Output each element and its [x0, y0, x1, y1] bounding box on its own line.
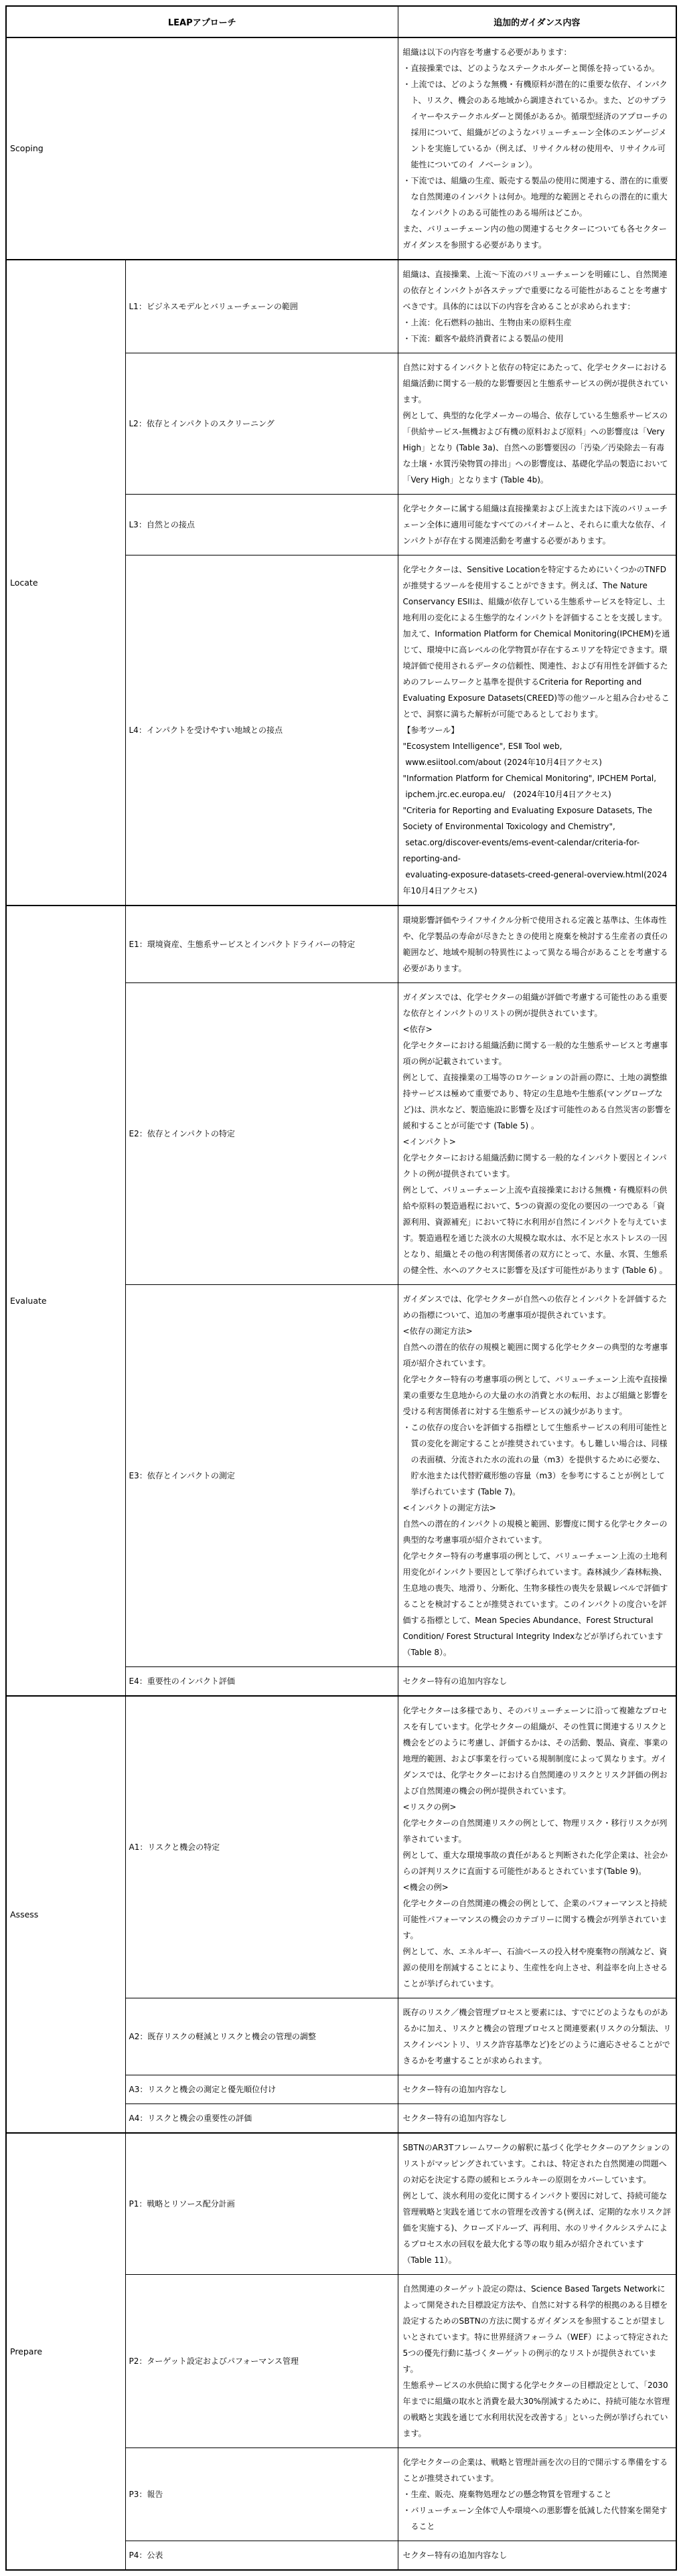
guidance-cell-e3: ガイダンスでは、化学セクターが自然への依存とインパクトを評価するための指標につい…	[398, 1285, 676, 1667]
step-label-l1: L1：ビジネスモデルとバリューチェーンの範囲	[125, 260, 398, 353]
guidance-paragraph: 化学セクター特有の考慮事項の例として、バリューチェーン上流の土地利用変化がインパ…	[403, 1548, 672, 1660]
guidance-paragraph: 例として、バリューチェーン上流や直接操業における無機・有機原料の供給や原料の製造…	[403, 1182, 672, 1278]
guidance-paragraph: 化学セクターにおける組織活動に関する一般的な生態系サービスと考慮事項の例が記載さ…	[403, 1037, 672, 1069]
phase-cell-locate: Locate	[6, 260, 125, 906]
guidance-paragraph: 例として、水、エネルギー、石油ベースの投入材や廃棄物の削減など、資源の使用を削減…	[403, 1944, 672, 1992]
step-label-l4: L4：インパクトを受けやすい地域との接点	[125, 555, 398, 906]
guidance-paragraph: セクター特有の追加内容なし	[403, 2547, 672, 2563]
guidance-paragraph: 化学セクターの自然関連の機会の例として、企業のパフォーマンスと持続可能性パフォー…	[403, 1895, 672, 1944]
guidance-cell-a4: セクター特有の追加内容なし	[398, 2104, 676, 2134]
step-label-e4: E4：重要性のインパクト評価	[125, 1667, 398, 1697]
guidance-paragraph: 自然に対するインパクトと依存の特定にあたって、化学セクターにおける組織活動に関す…	[403, 359, 672, 408]
guidance-paragraph: ・上流では、どのような無機・有機原料が潜在的に重要な依存、インパクト、リスク、機…	[403, 76, 672, 173]
guidance-paragraph: <インパクト>	[403, 1134, 672, 1150]
guidance-paragraph: 化学セクターは、Sensitive Locationを特定するためにいくつかのT…	[403, 562, 672, 722]
guidance-paragraph: 化学セクターにおける組織活動に関する一般的なインパクト要因とインパクトの例が提供…	[403, 1150, 672, 1182]
phase-cell-prepare: Prepare	[6, 2133, 125, 2570]
table-row: Assess A1：リスクと機会の特定 化学セクターは多様であり、そのバリューチ…	[6, 1696, 676, 1998]
step-label-e2: E2：依存とインパクトの特定	[125, 983, 398, 1285]
guidance-cell-e2: ガイダンスでは、化学セクターの組織が評価で考慮する可能性のある重要な依存とインパ…	[398, 983, 676, 1285]
guidance-paragraph: 生態系サービスの水供給に関する化学セクターの目標設定として、「2030年までに組…	[403, 2377, 672, 2441]
guidance-paragraph: <インパクトの測定方法>	[403, 1500, 672, 1516]
guidance-paragraph: "Information Platform for Chemical Monit…	[403, 770, 672, 786]
guidance-cell-p3: 化学セクターの企業は、戦略と管理計画を次の目的で開示する準備をすることが推奨され…	[398, 2448, 676, 2541]
phase-cell-assess: Assess	[6, 1696, 125, 2133]
step-label-a1: A1：リスクと機会の特定	[125, 1696, 398, 1998]
guidance-paragraph: ・バリューチェーン全体で人や環境への悪影響を低減した代替案を開発すること	[403, 2502, 672, 2535]
guidance-paragraph: セクター特有の追加内容なし	[403, 2081, 672, 2097]
guidance-cell-a1: 化学セクターは多様であり、そのバリューチェーンに沿って複雑なプロセスを有していま…	[398, 1696, 676, 1998]
table-row: Prepare P1：戦略とリソース配分計画 SBTNのAR3Tフレームワークの…	[6, 2133, 676, 2275]
guidance-paragraph: セクター特有の追加内容なし	[403, 1673, 672, 1689]
guidance-cell-a3: セクター特有の追加内容なし	[398, 2075, 676, 2104]
guidance-paragraph: 自然への潜在的インパクトの規模と範囲、影響度に関する化学セクターの典型的な考慮事…	[403, 1516, 672, 1548]
guidance-paragraph: <依存の測定方法>	[403, 1323, 672, 1339]
guidance-paragraph: 例として、典型的な化学メーカーの場合、依存している生態系サービスの「供給サービス…	[403, 408, 672, 488]
header-row: LEAPアプローチ 追加的ガイダンス内容	[6, 6, 676, 37]
guidance-cell-l4: 化学セクターは、Sensitive Locationを特定するためにいくつかのT…	[398, 555, 676, 906]
step-label-e1: E1：環境資産、生態系サービスとインパクトドライバーの特定	[125, 906, 398, 983]
guidance-paragraph: evaluating-exposure-datasets-creed-gener…	[403, 867, 672, 899]
guidance-paragraph: 例として、重大な環境事故の責任があると判断された化学企業は、社会からの評判リスク…	[403, 1847, 672, 1879]
guidance-paragraph: "Criteria for Reporting and Evaluating E…	[403, 802, 672, 835]
guidance-paragraph: <機会の例>	[403, 1879, 672, 1895]
guidance-paragraph: 化学セクター特有の考慮事項の例として、バリューチェーン上流や直接操業の重要な生息…	[403, 1371, 672, 1420]
guidance-paragraph: 化学セクターに属する組織は直接操業および上流または下流のバリューチェーン全体に適…	[403, 501, 672, 549]
guidance-paragraph: ガイダンスでは、化学セクターが自然への依存とインパクトを評価するための指標につい…	[403, 1291, 672, 1323]
step-label-a4: A4：リスクと機会の重要性の評価	[125, 2104, 398, 2134]
leap-guidance-table: LEAPアプローチ 追加的ガイダンス内容 Scoping 組織は以下の内容を考慮…	[5, 5, 677, 2571]
table-row: Evaluate E1：環境資産、生態系サービスとインパクトドライバーの特定 環…	[6, 906, 676, 983]
step-label-p1: P1：戦略とリソース配分計画	[125, 2133, 398, 2275]
guidance-paragraph: 化学セクターの自然関連リスクの例として、物理リスク・移行リスクが列挙されています…	[403, 1815, 672, 1847]
guidance-paragraph: 自然関連のターゲット設定の際は、Science Based Targets Ne…	[403, 2281, 672, 2377]
guidance-paragraph: 環境影響評価やライフサイクル分析で使用される定義と基準は、生体毒性や、化学製品の…	[403, 912, 672, 976]
guidance-cell-l2: 自然に対するインパクトと依存の特定にあたって、化学セクターにおける組織活動に関す…	[398, 353, 676, 495]
guidance-paragraph: www.esiitool.com/about (2024年10月4日アクセス)	[403, 754, 672, 770]
header-leap-approach: LEAPアプローチ	[6, 6, 398, 37]
guidance-paragraph: ・直接操業では、どのようなステークホルダーと関係を持っているか。	[403, 60, 672, 76]
guidance-cell-scoping: 組織は以下の内容を考慮する必要があります：・直接操業では、どのようなステークホル…	[398, 37, 676, 260]
guidance-cell-a2: 既存のリスク／機会管理プロセスと要素には、すでにどのようなものがあるかに加え、リ…	[398, 1998, 676, 2075]
guidance-paragraph: 自然への潜在的依存の規模と範囲に関する化学セクターの典型的な考慮事項が紹介されて…	[403, 1339, 672, 1371]
step-label-l3: L3：自然との接点	[125, 495, 398, 555]
guidance-paragraph: ・この依存の度合いを評価する指標として生態系サービスの利用可能性と質の変化を測定…	[403, 1420, 672, 1500]
guidance-paragraph: ・生産、販売、廃棄物処理などの懸念物質を管理すること	[403, 2486, 672, 2502]
page: LEAPアプローチ 追加的ガイダンス内容 Scoping 組織は以下の内容を考慮…	[0, 0, 681, 2576]
table-row: Locate L1：ビジネスモデルとバリューチェーンの範囲 組織は、直接操業、上…	[6, 260, 676, 353]
step-label-p2: P2：ターゲット設定およびパフォーマンス管理	[125, 2275, 398, 2448]
phase-cell-scoping: Scoping	[6, 37, 398, 260]
guidance-paragraph: 化学セクターの企業は、戦略と管理計画を次の目的で開示する準備をすることが推奨され…	[403, 2454, 672, 2486]
guidance-paragraph: 化学セクターは多様であり、そのバリューチェーンに沿って複雑なプロセスを有していま…	[403, 1703, 672, 1799]
step-label-p3: P3：報告	[125, 2448, 398, 2541]
guidance-cell-e4: セクター特有の追加内容なし	[398, 1667, 676, 1697]
guidance-cell-p4: セクター特有の追加内容なし	[398, 2541, 676, 2571]
step-label-a2: A2：既存リスクの軽減とリスクと機会の管理の調整	[125, 1998, 398, 2075]
guidance-paragraph: 既存のリスク／機会管理プロセスと要素には、すでにどのようなものがあるかに加え、リ…	[403, 2004, 672, 2069]
guidance-paragraph: <リスクの例>	[403, 1799, 672, 1815]
guidance-paragraph: SBTNのAR3Tフレームワークの解釈に基づく化学セクターのアクションのリストが…	[403, 2140, 672, 2188]
guidance-cell-e1: 環境影響評価やライフサイクル分析で使用される定義と基準は、生体毒性や、化学製品の…	[398, 906, 676, 983]
step-label-p4: P4：公表	[125, 2541, 398, 2571]
step-label-e3: E3：依存とインパクトの測定	[125, 1285, 398, 1667]
guidance-paragraph: セクター特有の追加内容なし	[403, 2110, 672, 2126]
guidance-paragraph: ・上流：化石燃料の抽出、生物由来の原料生産	[403, 315, 672, 331]
guidance-paragraph: 組織は以下の内容を考慮する必要があります：	[403, 44, 672, 60]
scoping-row: Scoping 組織は以下の内容を考慮する必要があります：・直接操業では、どのよ…	[6, 37, 676, 260]
guidance-paragraph: 【参考ツール】	[403, 722, 672, 738]
guidance-paragraph: 例として、直接操業の工場等のロケーションの計画の際に、土地の調整維持サービスは極…	[403, 1069, 672, 1134]
guidance-cell-p1: SBTNのAR3Tフレームワークの解釈に基づく化学セクターのアクションのリストが…	[398, 2133, 676, 2275]
guidance-paragraph: ・下流：顧客や最終消費者による製品の使用	[403, 331, 672, 347]
guidance-paragraph: ・下流では、組織の生産、販売する製品の使用に関連する、潜在的に重要な自然関連のイ…	[403, 173, 672, 221]
guidance-cell-l3: 化学セクターに属する組織は直接操業および上流または下流のバリューチェーン全体に適…	[398, 495, 676, 555]
guidance-cell-l1: 組織は、直接操業、上流〜下流のバリューチェーンを明確にし、自然関連の依存とインパ…	[398, 260, 676, 353]
guidance-paragraph: ガイダンスでは、化学セクターの組織が評価で考慮する可能性のある重要な依存とインパ…	[403, 989, 672, 1021]
step-label-l2: L2：依存とインパクトのスクリーニング	[125, 353, 398, 495]
header-additional-guidance: 追加的ガイダンス内容	[398, 6, 676, 37]
guidance-paragraph: setac.org/discover-events/ems-event-cale…	[403, 835, 672, 867]
guidance-paragraph: 例として、淡水利用の変化に関するインパクト要因に対して、持続可能な管理戦略と実践…	[403, 2188, 672, 2268]
guidance-paragraph: <依存>	[403, 1021, 672, 1037]
guidance-cell-p2: 自然関連のターゲット設定の際は、Science Based Targets Ne…	[398, 2275, 676, 2448]
guidance-paragraph: また、バリューチェーン内の他の関連するセクターについても各セクターガイダンスを参…	[403, 221, 672, 253]
guidance-paragraph: "Ecosystem Intelligence", ESⅡ Tool web,	[403, 738, 672, 754]
phase-cell-evaluate: Evaluate	[6, 906, 125, 1696]
step-label-a3: A3：リスクと機会の測定と優先順位付け	[125, 2075, 398, 2104]
guidance-paragraph: ipchem.jrc.ec.europa.eu/ (2024年10月4日アクセス…	[403, 786, 672, 802]
guidance-paragraph: 組織は、直接操業、上流〜下流のバリューチェーンを明確にし、自然関連の依存とインパ…	[403, 266, 672, 315]
